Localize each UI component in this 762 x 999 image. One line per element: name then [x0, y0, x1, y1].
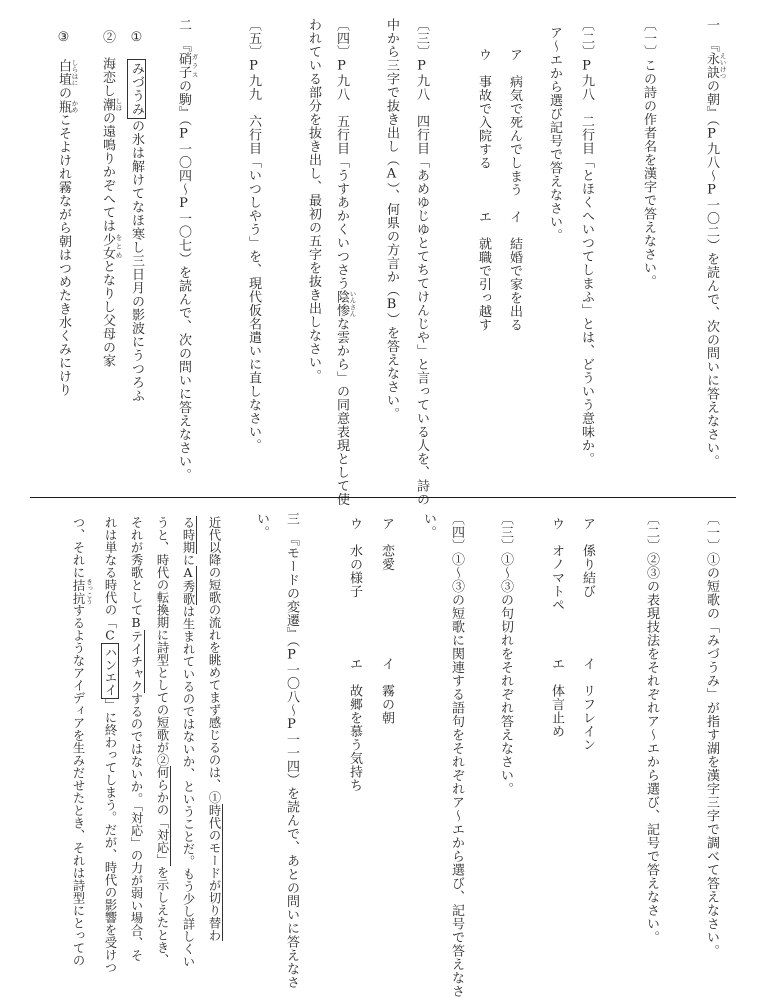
passage-line-3-text: うと、時代の転換期に詩型としての短歌が②	[155, 516, 169, 766]
tanka-1-text: みづうみ	[127, 59, 146, 119]
passage-line-4-text: それが秀歌としてB	[129, 516, 143, 630]
q2-2-option-a-text: ア 係り結び	[580, 517, 595, 598]
section1-heading-text: の朝』（P九八〜P一〇二）を読んで、次の問いに答えなさい。	[704, 79, 719, 468]
tanka-3-text: 瓶かめ	[56, 100, 71, 114]
passage-line-6-text: するようなアイディアを生みだせたとき、それは詩型にとっての	[71, 604, 85, 967]
q1-2-option-a: ア 病気で死んでしまう	[503, 48, 525, 197]
q2-4-text: 〔四〕①〜③の短歌に関連する語句をそれぞれア〜エから選び、記号で答えなさ	[449, 512, 464, 998]
q1-2-option-e-text: エ 就職で引っ越す	[476, 210, 491, 332]
passage-line-1-text: 近代以降の短歌の流れを眺めてまず感じるのは、①	[207, 516, 221, 804]
tanka-2: ② 海恋し潮しほの遠鳴りかぞへては少女をとめとなりし父母の家	[96, 30, 123, 368]
tanka-2-text: 潮しほ	[100, 98, 115, 112]
passage-line-4-text: するのではないか。「対応」の力が弱い場合、そ	[129, 693, 143, 962]
q2-2-option-i: イ リフレイン	[576, 657, 598, 752]
q1-1-text: 〔一〕この詩の作者名を漢字で答えなさい。	[641, 18, 656, 288]
tanka-3-text: ③	[56, 30, 71, 59]
tanka-2-text: の遠鳴りかぞへては	[100, 111, 115, 233]
passage-line-5-text: れは単なる時代の「C	[103, 516, 117, 643]
section1-heading-text: 一 『	[704, 18, 719, 52]
tanka-3-text: 白埴しらはに	[56, 59, 71, 86]
q1-2-option-u-text: ウ 事故で入院する	[476, 48, 491, 170]
tanka-1-text: の氷は解けてなほ寒し三日月の影波にうつろふ	[129, 119, 144, 403]
q2-3: 〔三〕①〜③の句切れをそれぞれ答えなさい。	[494, 512, 516, 796]
q1-2-option-e: エ 就職で引っ越す	[472, 210, 494, 332]
q1-5: 〔五〕P九九 六行目「いつしやう」を、現代仮名遣いに直しなさい。	[242, 18, 264, 452]
q2-2-option-e-text: エ 体言止め	[549, 657, 564, 738]
q2-1-text: 〔一〕①の短歌の「みづうみ」が指す湖を漢字三字で調べて答えなさい。	[704, 512, 719, 958]
q1-3-cont: 中から三字で抜き出し（A）、何県の方言か（B）を答えなさい。	[380, 18, 402, 421]
q2-2: 〔二〕②③の表現技法をそれぞれア〜エから選び、記号で答えなさい。	[640, 512, 662, 944]
q2-1: 〔一〕①の短歌の「みづうみ」が指す湖を漢字三字で調べて答えなさい。	[700, 512, 722, 958]
q1-2-cont: ア〜エから選び記号で答えなさい。	[543, 26, 565, 242]
q2-2-text: 〔二〕②③の表現技法をそれぞれア〜エから選び、記号で答えなさい。	[644, 512, 659, 944]
q1-2-option-i: イ 結婚で家を出る	[503, 210, 525, 332]
section1-heading-text: 永訣えいけつ	[704, 52, 719, 79]
section3-heading: 三 『モードの変遷』（P一〇八〜P一一四）を読んで、あとの問いに答えなさ	[280, 512, 302, 989]
passage-line-2-text: は生まれているのではないか、ということだ。もう少し詳しくい	[181, 605, 195, 968]
q2-4: 〔四〕①〜③の短歌に関連する語句をそれぞれア〜エから選び、記号で答えなさ	[445, 512, 467, 998]
section3-heading-cont: い。	[250, 512, 272, 539]
q1-2-option-a-text: ア 病気で死んでしまう	[507, 48, 522, 197]
q2-4-option-u: ウ 水の様子	[343, 517, 365, 598]
q2-4-cont: い。	[417, 512, 439, 539]
tanka-3-text: こそよけれ霧ながら朝はつめたき水くみにけり	[56, 113, 71, 397]
q1-4-text: な雲から」の同意表現として使	[334, 317, 349, 506]
q1-3-text: 〔三〕P九八 四行目「あめゆじゆとてちてけんじや」と言っている人を、詩の	[414, 18, 429, 506]
q1-1: 〔一〕この詩の作者名を漢字で答えなさい。	[637, 18, 659, 288]
passage-line-6-text: 拮抗きっこう	[71, 579, 85, 605]
exam-page: 一 『永訣えいけつの朝』（P九八〜P一〇二）を読んで、次の問いに答えなさい。〔一…	[0, 0, 762, 999]
q2-4-option-a: ア 恋愛	[375, 517, 397, 571]
q2-4-cont-text: い。	[421, 512, 436, 539]
q1-4-text: 〔四〕P九八 五行目「うすあかくいつさう	[334, 18, 349, 290]
q2-4-option-i: イ 霧の朝	[375, 657, 397, 725]
section2-heading-text: 二 『	[176, 18, 191, 52]
section3-heading-cont-text: い。	[254, 512, 269, 539]
passage-line-2-text: に	[181, 554, 195, 567]
q1-3: 〔三〕P九八 四行目「あめゆじゆとてちてけんじや」と言っている人を、詩の	[410, 18, 432, 506]
passage-line-3-text: 何らかの「対応」	[155, 766, 171, 866]
passage-line-2-text: る時期	[181, 516, 197, 554]
passage-line-4: それが秀歌としてBテイチャクするのではないか。「対応」の力が弱い場合、そ	[124, 516, 148, 962]
q2-3-text: 〔三〕①〜③の句切れをそれぞれ答えなさい。	[498, 512, 513, 796]
section1-heading: 一 『永訣えいけつの朝』（P九八〜P一〇二）を読んで、次の問いに答えなさい。	[700, 18, 727, 468]
passage-line-3: うと、時代の転換期に詩型としての短歌が②何らかの「対応」を示しえたとき、	[150, 516, 174, 966]
q1-3-cont-text: 中から三字で抜き出し（A）、何県の方言か（B）を答えなさい。	[384, 18, 399, 421]
q1-2-option-i-text: イ 結婚で家を出る	[507, 210, 522, 332]
tanka-2-text: ② 海恋し	[100, 30, 115, 98]
q1-2: 〔二〕P九八 二行目「とほくへいつてしまふ」とは、どういう意味か。	[575, 18, 597, 466]
q1-4-text: 陰惨いんさん	[334, 290, 349, 317]
q1-2-text: 〔二〕P九八 二行目「とほくへいつてしまふ」とは、どういう意味か。	[579, 18, 594, 466]
passage-line-5: れは単なる時代の「Cハンエイ」に終わってしまう。だが、時代の影響を受けつ	[98, 516, 122, 974]
tanka-2-text: となりし父母の家	[100, 260, 115, 368]
section2-heading-text: の駒』（P一〇四〜P一〇七）を読んで、次の問いに答えなさい。	[176, 79, 191, 482]
q1-5-text: 〔五〕P九九 六行目「いつしやう」を、現代仮名遣いに直しなさい。	[246, 18, 261, 452]
q2-4-option-u-text: ウ 水の様子	[347, 517, 362, 598]
bottom-section: 〔一〕①の短歌の「みづうみ」が指す湖を漢字三字で調べて答えなさい。〔二〕②③の表…	[0, 512, 762, 994]
passage-line-1-text: 時代のモードが切り替わ	[207, 804, 223, 942]
passage-line-1: 近代以降の短歌の流れを眺めてまず感じるのは、①時代のモードが切り替わ	[202, 516, 226, 941]
passage-line-6: つ、それに拮抗きっこうするようなアイディアを生みだせたとき、それは詩型にとっての	[66, 516, 93, 967]
q2-2-option-a: ア 係り結び	[576, 517, 598, 598]
q2-4-option-i-text: イ 霧の朝	[379, 657, 394, 725]
q2-4-option-e-text: エ 故郷を慕う気持ち	[347, 657, 362, 792]
passage-line-5-text: 」に終わってしまう。だが、時代の影響を受けつ	[103, 699, 117, 974]
passage-line-6-text: つ、それに	[71, 516, 85, 579]
q2-2-option-i-text: イ リフレイン	[580, 657, 595, 752]
q1-2-option-u: ウ 事故で入院する	[472, 48, 494, 170]
section2-heading-text: 硝子ガラス	[176, 52, 191, 79]
section2-heading: 二 『硝子ガラスの駒』（P一〇四〜P一〇七）を読んで、次の問いに答えなさい。	[172, 18, 199, 482]
tanka-1: ① みづうみの氷は解けてなほ寒し三日月の影波にうつろふ	[125, 30, 147, 403]
tanka-3-text: の	[56, 86, 71, 100]
tanka-2-text: 少女をとめ	[100, 233, 115, 260]
passage-line-2-text: A秀歌	[181, 566, 197, 605]
tanka-1-text: ①	[129, 30, 144, 59]
q1-4-cont-text: われている部分を抜き出し、最初の五字を抜き出しなさい。	[306, 18, 321, 383]
passage-line-3-text: を示しえたとき、	[155, 866, 169, 966]
passage-line-2: る時期にA秀歌は生まれているのではないか、ということだ。もう少し詳しくい	[176, 516, 200, 968]
q2-4-option-e: エ 故郷を慕う気持ち	[343, 657, 365, 792]
q2-2-option-e: エ 体言止め	[545, 657, 567, 738]
passage-line-5-text: ハンエイ	[101, 643, 119, 699]
q2-4-option-a-text: ア 恋愛	[379, 517, 394, 571]
q2-2-option-u-text: ウ オノマトペ	[549, 517, 564, 612]
q1-2-cont-text: ア〜エから選び記号で答えなさい。	[547, 26, 562, 242]
section-divider	[30, 497, 736, 498]
q2-2-option-u: ウ オノマトペ	[545, 517, 567, 612]
tanka-3: ③ 白埴しらはにの瓶かめこそよけれ霧ながら朝はつめたき水くみにけり	[52, 30, 79, 397]
passage-line-4-text: テイチャク	[129, 630, 145, 693]
q1-4: 〔四〕P九八 五行目「うすあかくいつさう陰惨いんさんな雲から」の同意表現として使	[330, 18, 357, 506]
top-section: 一 『永訣えいけつの朝』（P九八〜P一〇二）を読んで、次の問いに答えなさい。〔一…	[0, 18, 762, 492]
q1-4-cont: われている部分を抜き出し、最初の五字を抜き出しなさい。	[302, 18, 324, 383]
section3-heading-text: 三 『モードの変遷』（P一〇八〜P一一四）を読んで、あとの問いに答えなさ	[284, 512, 299, 989]
